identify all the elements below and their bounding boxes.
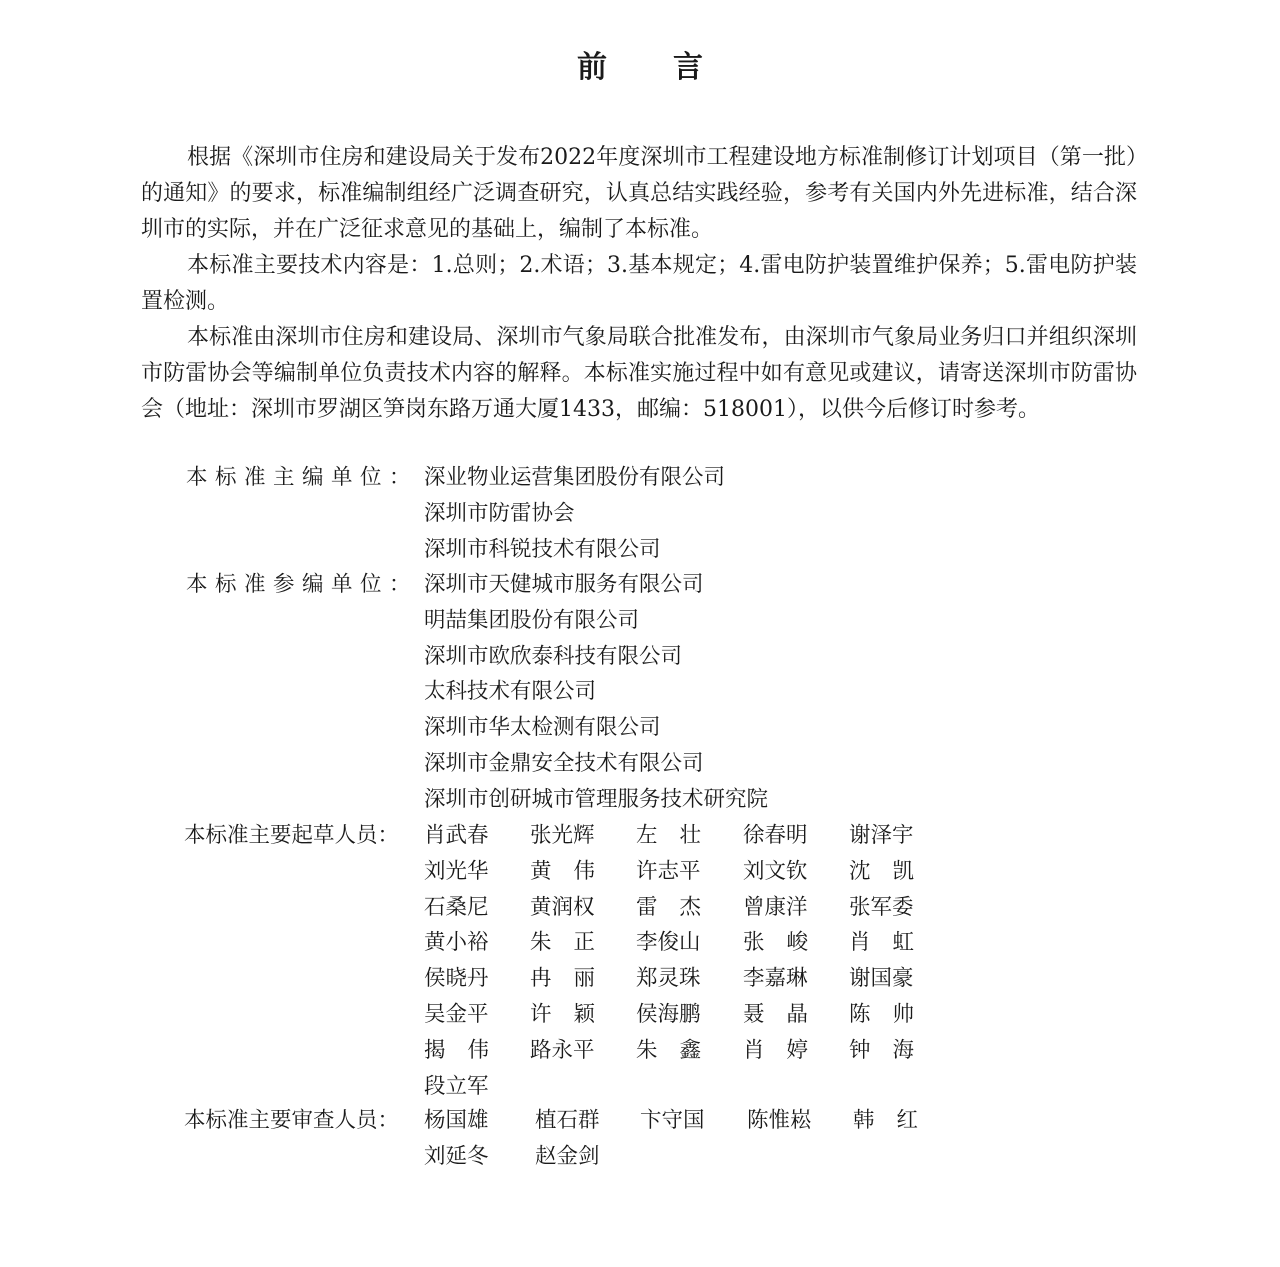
page-title: 前言 (0, 42, 1280, 86)
drafter-name: 侯晓丹 (424, 961, 489, 997)
reviewer-name: 陈惟崧 (747, 1103, 812, 1139)
drafter-name: 张军委 (849, 890, 914, 926)
drafter-name: 侯海鹏 (636, 997, 701, 1033)
drafter-name: 许志平 (636, 854, 701, 890)
drafter-name: 聂晶 (743, 997, 830, 1033)
participating-unit-item: 深圳市创研城市管理服务技术研究院 (424, 782, 768, 818)
participating-unit-item: 深圳市华太检测有限公司 (424, 710, 661, 746)
reviewer-name: 植石群 (535, 1103, 600, 1139)
participating-unit-item: 深圳市天健城市服务有限公司 (424, 567, 704, 603)
drafter-name: 李俊山 (636, 925, 701, 961)
drafter-name: 肖婷 (743, 1033, 830, 1069)
drafter-name: 朱鑫 (636, 1033, 723, 1069)
chief-unit-label: 本标准主编单位： (186, 460, 418, 496)
drafter-name: 肖武春 (424, 818, 489, 854)
reviewer-name: 韩红 (853, 1103, 940, 1139)
drafter-name: 许颖 (530, 997, 617, 1033)
drafter-name: 肖虹 (849, 925, 936, 961)
reviewer-name: 卞守国 (640, 1103, 705, 1139)
drafter-name: 刘光华 (424, 854, 489, 890)
drafter-name: 黄小裕 (424, 925, 489, 961)
reviewer-name: 刘延冬 (424, 1139, 489, 1175)
participating-unit-item: 明喆集团股份有限公司 (424, 603, 639, 639)
drafter-name: 郑灵珠 (636, 961, 701, 997)
drafter-name: 谢泽宇 (849, 818, 914, 854)
chief-unit-item: 深业物业运营集团股份有限公司 (424, 460, 725, 496)
drafter-name: 左壮 (636, 818, 723, 854)
drafter-name: 谢国豪 (849, 961, 914, 997)
participating-unit-item: 深圳市金鼎安全技术有限公司 (424, 746, 704, 782)
drafter-name: 冉丽 (530, 961, 617, 997)
drafter-name: 石桑尼 (424, 890, 489, 926)
drafter-name: 徐春明 (743, 818, 808, 854)
title-char: 言 (673, 42, 703, 86)
drafter-name: 雷杰 (636, 890, 723, 926)
participating-unit-item: 深圳市欧欣泰科技有限公司 (424, 639, 682, 675)
reviewer-label: 本标准主要审查人员： (184, 1103, 399, 1139)
drafter-name: 黄润权 (530, 890, 595, 926)
drafter-name: 李嘉琳 (743, 961, 808, 997)
drafter-name: 刘文钦 (743, 854, 808, 890)
drafter-label: 本标准主要起草人员： (184, 818, 399, 854)
participating-unit-label: 本标准参编单位： (186, 567, 418, 603)
drafter-name: 路永平 (530, 1033, 595, 1069)
reviewer-name: 杨国雄 (424, 1103, 489, 1139)
drafter-name: 曾康洋 (743, 890, 808, 926)
chief-unit-item: 深圳市防雷协会 (424, 496, 575, 532)
drafter-name: 张峻 (743, 925, 830, 961)
paragraph-basis: 根据《深圳市住房和建设局关于发布2022年度深圳市工程建设地方标准制修订计划项目… (141, 140, 1137, 248)
reviewer-name: 赵金剑 (535, 1139, 600, 1175)
drafter-name: 吴金平 (424, 997, 489, 1033)
title-char: 前 (577, 42, 607, 86)
chief-unit-item: 深圳市科锐技术有限公司 (424, 532, 661, 568)
drafter-name: 段立军 (424, 1069, 489, 1105)
participating-unit-item: 太科技术有限公司 (424, 674, 596, 710)
paragraph-approval: 本标准由深圳市住房和建设局、深圳市气象局联合批准发布，由深圳市气象局业务归口并组… (141, 320, 1137, 428)
drafter-name: 朱正 (530, 925, 617, 961)
drafter-name: 黄伟 (530, 854, 617, 890)
paragraph-contents: 本标准主要技术内容是：1.总则；2.术语；3.基本规定；4.雷电防护装置维护保养… (141, 248, 1137, 320)
drafter-name: 钟海 (849, 1033, 936, 1069)
drafter-name: 张光辉 (530, 818, 595, 854)
drafter-name: 陈帅 (849, 997, 936, 1033)
drafter-name: 揭伟 (424, 1033, 511, 1069)
drafter-name: 沈凯 (849, 854, 936, 890)
preface-body: 根据《深圳市住房和建设局关于发布2022年度深圳市工程建设地方标准制修订计划项目… (141, 140, 1137, 428)
